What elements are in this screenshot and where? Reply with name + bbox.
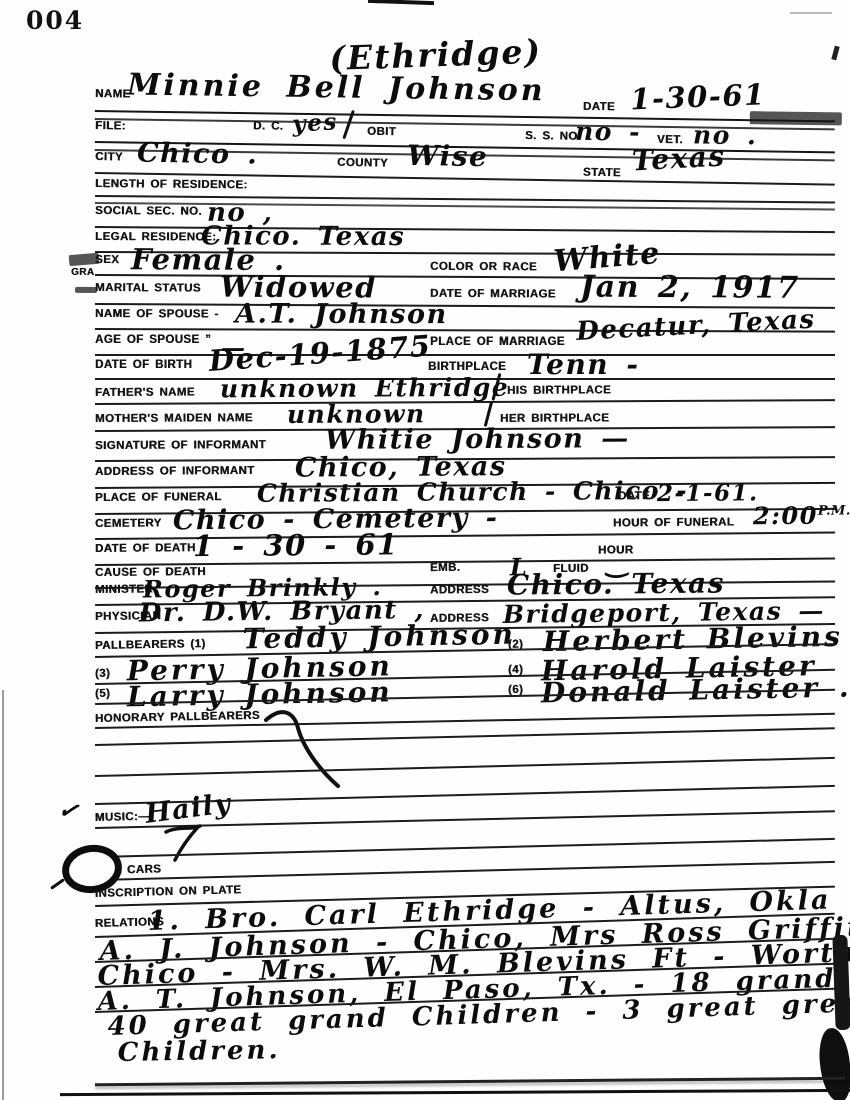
pallbearers-label: PALLBEARERS (1) [95,638,206,652]
date-of-marriage-label: DATE OF MARRIAGE [430,288,556,301]
county-value: Wise [407,142,489,171]
state-label: STATE [583,167,621,180]
relations-line-6: Children. [118,1037,281,1066]
his-birthplace-label: HIS BIRTHPLACE [507,384,611,397]
pen-flourish [160,824,206,864]
page-number: 004 [26,6,84,35]
rule [95,757,835,777]
signature-of-informant-label: SIGNATURE OF INFORMANT [95,439,266,452]
scan-line-bottom-2 [60,1089,850,1096]
pen-stroke [252,698,362,798]
pallbearer-3-num: (3) [95,668,110,680]
ssno-label: S. S. NO. [525,130,581,143]
honorary-pallbearers-label: HONORARY PALLBEARERS [95,710,260,725]
funeral-date-label: DATE [618,490,650,502]
date-of-death-label: DATE OF DEATH [95,542,196,555]
inscription-on-plate-label: INSCRIPTION ON PLATE [95,884,242,900]
hour-of-funeral-suffix: P.M. [818,503,850,518]
mothers-maiden-name-label: MOTHER'S MAIDEN NAME [95,412,253,425]
cemetery-label: CEMETERY [95,517,162,530]
music-value: Haily [144,790,233,828]
name-label: NAME [95,88,131,100]
row-age-of-spouse: AGE OF SPOUSE ” — PLACE OF MARRIAGE Deca… [95,332,835,360]
file-label: FILE: [95,120,126,132]
age-of-spouse-label: AGE OF SPOUSE ” [95,334,211,346]
music-label: MUSIC:— [95,811,150,824]
name-value: Minnie Bell Johnson [127,70,546,106]
pen-slash [50,878,65,890]
minister-address-value: Chico. Texas [507,569,725,599]
social-sec-no-label: SOCIAL SEC. NO. [95,205,202,218]
marital-status-label: MARITAL STATUS [95,282,201,295]
birthplace-label: BIRTHPLACE [428,361,506,373]
dc-value: yes [292,110,339,136]
state-value: Texas [631,142,726,175]
place-of-marriage-label: PLACE OF MARRIAGE [430,336,565,348]
scan-tick-right [831,46,839,61]
hour-of-funeral-label: HOUR OF FUNERAL [613,516,734,529]
mothers-maiden-name-value: unknown [287,401,426,427]
scan-mark-top [368,0,434,5]
scan-edge-left [2,690,4,1100]
address-of-informant-label: ADDRESS OF INFORMANT [95,465,255,478]
county-label: COUNTY [337,157,388,170]
ink-smudge-right [832,935,850,1030]
length-of-residence-label: LENGTH OF RESIDENCE: [95,178,248,191]
date-of-birth-label: DATE OF BIRTH [95,359,192,371]
pallbearer-5-num: (5) [95,688,110,700]
signature-of-informant-value: Whitie Johnson — [325,425,630,454]
dc-label: D. C. [253,120,283,132]
name-of-spouse-value: A.T. Johnson [235,300,448,328]
scanned-funeral-record: 004 (Ethridge) NAME Minnie Bell Johnson … [0,0,850,1100]
place-of-funeral-label: PLACE OF FUNERAL [95,491,222,504]
date-of-death-value: 1 - 30 - 61 [193,530,399,561]
date-of-marriage-value: Jan 2, 1917 [580,273,800,304]
ink-smudge [75,287,97,293]
minister-address-label: ADDRESS [430,584,489,597]
emb-label: EMB. [430,562,460,574]
music-check-mark: ✓ [56,797,82,825]
funeral-date-value: 2-1-61. [657,481,759,505]
date-label: DATE [583,101,615,113]
color-or-race-label: COLOR OR RACE [430,261,537,274]
rule [95,354,835,356]
date-value: 1-30-61 [630,80,766,114]
grave-partial-label: GRA [71,267,94,278]
city-label: CITY [95,151,123,163]
scan-line-bottom [95,1077,845,1087]
birthplace-value: Tenn - [527,351,640,379]
city-value: Chico . [137,140,259,169]
fathers-name-label: FATHER'S NAME [95,386,195,399]
obit-label: OBIT [367,126,396,138]
ssno-value: no - [575,119,641,145]
name-of-spouse-label: NAME OF SPOUSE - [95,308,219,320]
sex-label: SEX [95,254,119,266]
scan-mark-top-right [790,12,832,14]
surname-annotation: (Ethridge) [329,35,543,75]
fathers-name-value: unknown Ethridge [220,375,509,402]
hour-of-funeral-value: 2:00P.M. [753,503,850,528]
